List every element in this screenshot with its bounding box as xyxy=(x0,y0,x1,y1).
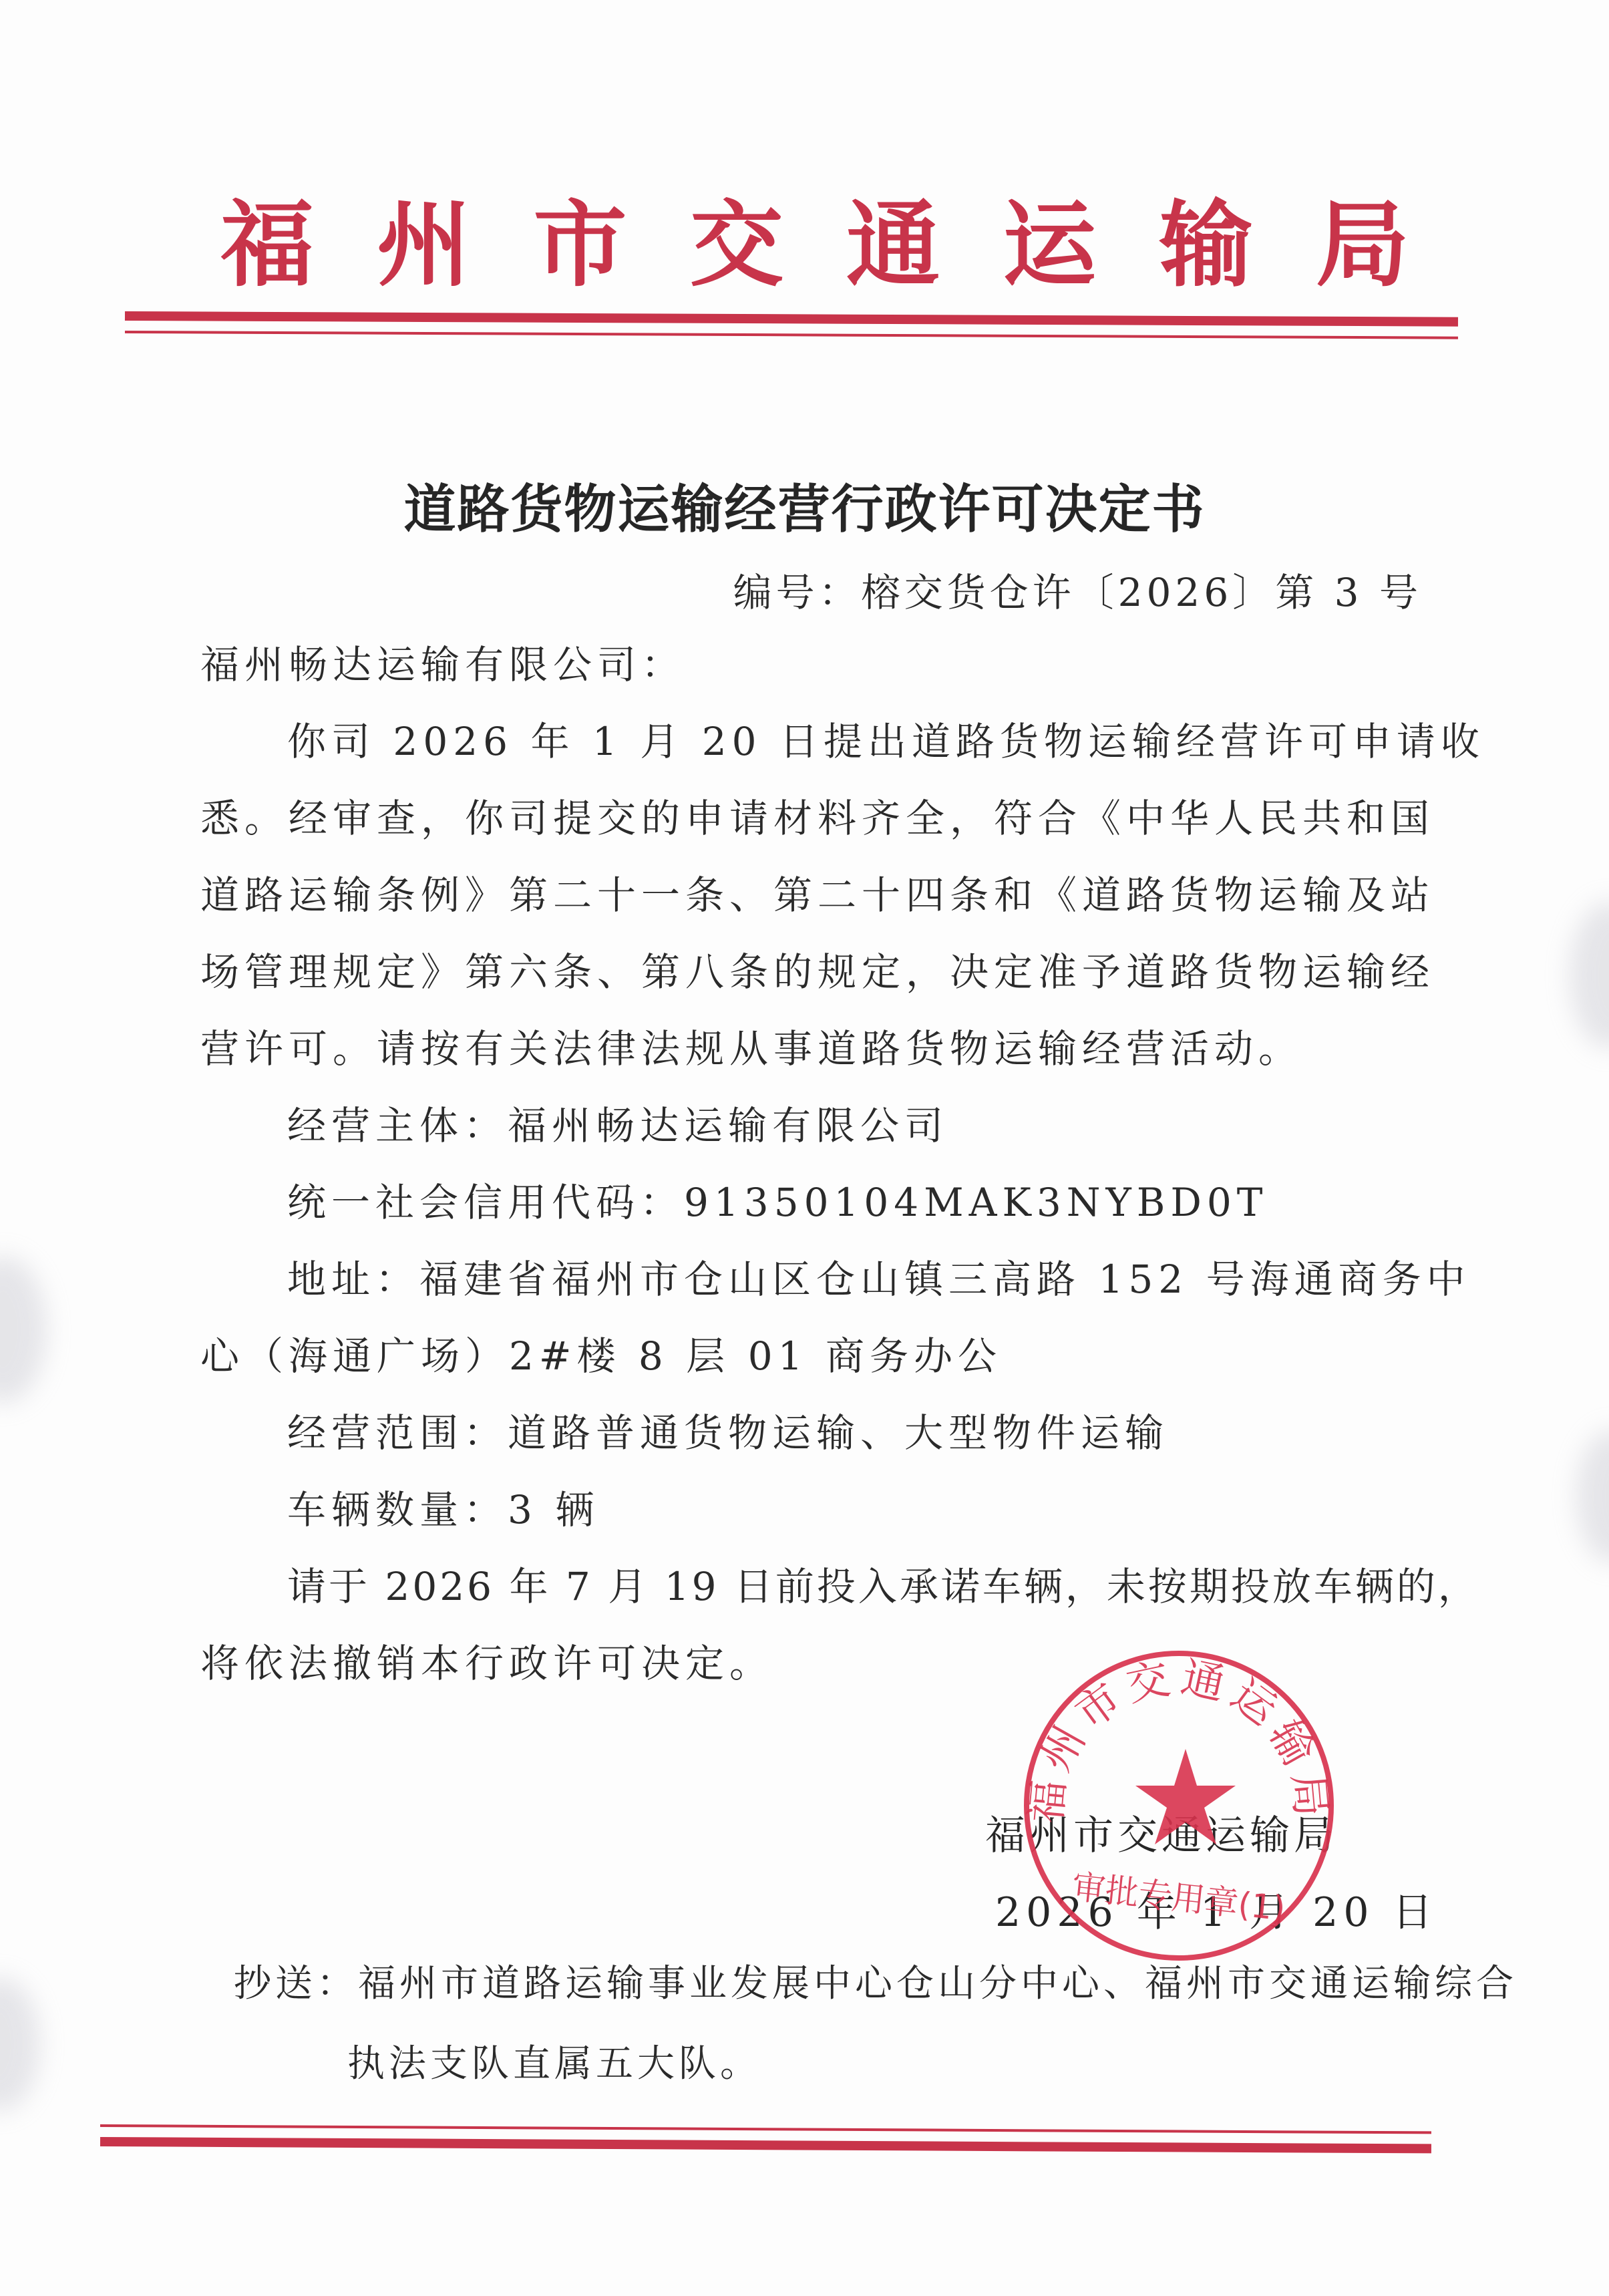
body-line: 营许可。请按有关法律法规从事道路货物运输经营活动。 xyxy=(200,1022,1423,1076)
svg-text:审批专用章(1): 审批专用章(1) xyxy=(1070,1867,1287,1928)
cc-line: 抄送：福州市道路运输事业发展中心仓山分中心、福州市交通运输综合 xyxy=(234,1954,1517,2007)
header-rule-thin xyxy=(125,331,1458,339)
letterhead-char: 局 xyxy=(1316,198,1409,292)
body-line: 场管理规定》第六条、第八条的规定，决定准予道路货物运输经 xyxy=(200,945,1423,999)
letterhead-char: 市 xyxy=(534,198,627,292)
footer-rule-thin xyxy=(100,2124,1431,2134)
cc-line-cont: 执法支队直属五大队。 xyxy=(347,2034,761,2088)
body-line: 你司 2026 年 1 月 20 日提出道路货物运输经营许可申请收 xyxy=(287,715,1509,768)
letterhead-char: 交 xyxy=(690,198,783,292)
footer-rule-thick xyxy=(100,2137,1431,2153)
letterhead-char: 输 xyxy=(1159,198,1253,292)
field-operator: 经营主体：福州畅达运输有限公司 xyxy=(287,1099,1509,1152)
document-title: 道路货物运输经营行政许可决定书 xyxy=(0,468,1609,542)
scan-smudge xyxy=(1576,1430,1609,1563)
field-address: 地址：福建省福州市仓山区仓山镇三高路 152 号海通商务中 xyxy=(287,1253,1509,1306)
document-number: 编号：榕交货仓许〔2026〕第 3 号 xyxy=(733,561,1422,617)
star-icon xyxy=(1135,1749,1236,1844)
field-credit-code: 统一社会信用代码：91350104MAK3NYBD0T xyxy=(287,1176,1509,1229)
body-line: 悉。经审查，你司提交的申请材料齐全，符合《中华人民共和国 xyxy=(200,792,1423,845)
notice-line: 请于 2026 年 7 月 19 日前投入承诺车辆，未按期投放车辆的， xyxy=(287,1560,1509,1613)
letterhead-char: 通 xyxy=(846,198,940,292)
letterhead-char: 州 xyxy=(377,198,470,292)
header-rule-thick xyxy=(125,311,1458,327)
letterhead: 福 州 市 交 通 运 输 局 xyxy=(220,188,1409,302)
field-scope: 经营范围：道路普通货物运输、大型物件运输 xyxy=(287,1406,1509,1460)
scan-smudge xyxy=(1570,902,1609,1049)
field-vehicles: 车辆数量：3 辆 xyxy=(287,1483,1509,1536)
scan-smudge xyxy=(0,1977,40,2111)
addressee: 福州畅达运输有限公司： xyxy=(200,638,1423,691)
document-page: 福 州 市 交 通 运 输 局 道路货物运输经营行政许可决定书 编号：榕交货仓许… xyxy=(0,0,1609,2296)
scan-smudge xyxy=(0,1256,47,1403)
official-seal: 福州市交通运输局 审批专用章(1) xyxy=(1022,1649,1336,1963)
field-address-cont: 心（海通广场）2#楼 8 层 01 商务办公 xyxy=(200,1329,1423,1383)
body-line: 道路运输条例》第二十一条、第二十四条和《道路货物运输及站 xyxy=(200,868,1423,922)
letterhead-char: 运 xyxy=(1003,198,1096,292)
letterhead-char: 福 xyxy=(220,198,314,292)
